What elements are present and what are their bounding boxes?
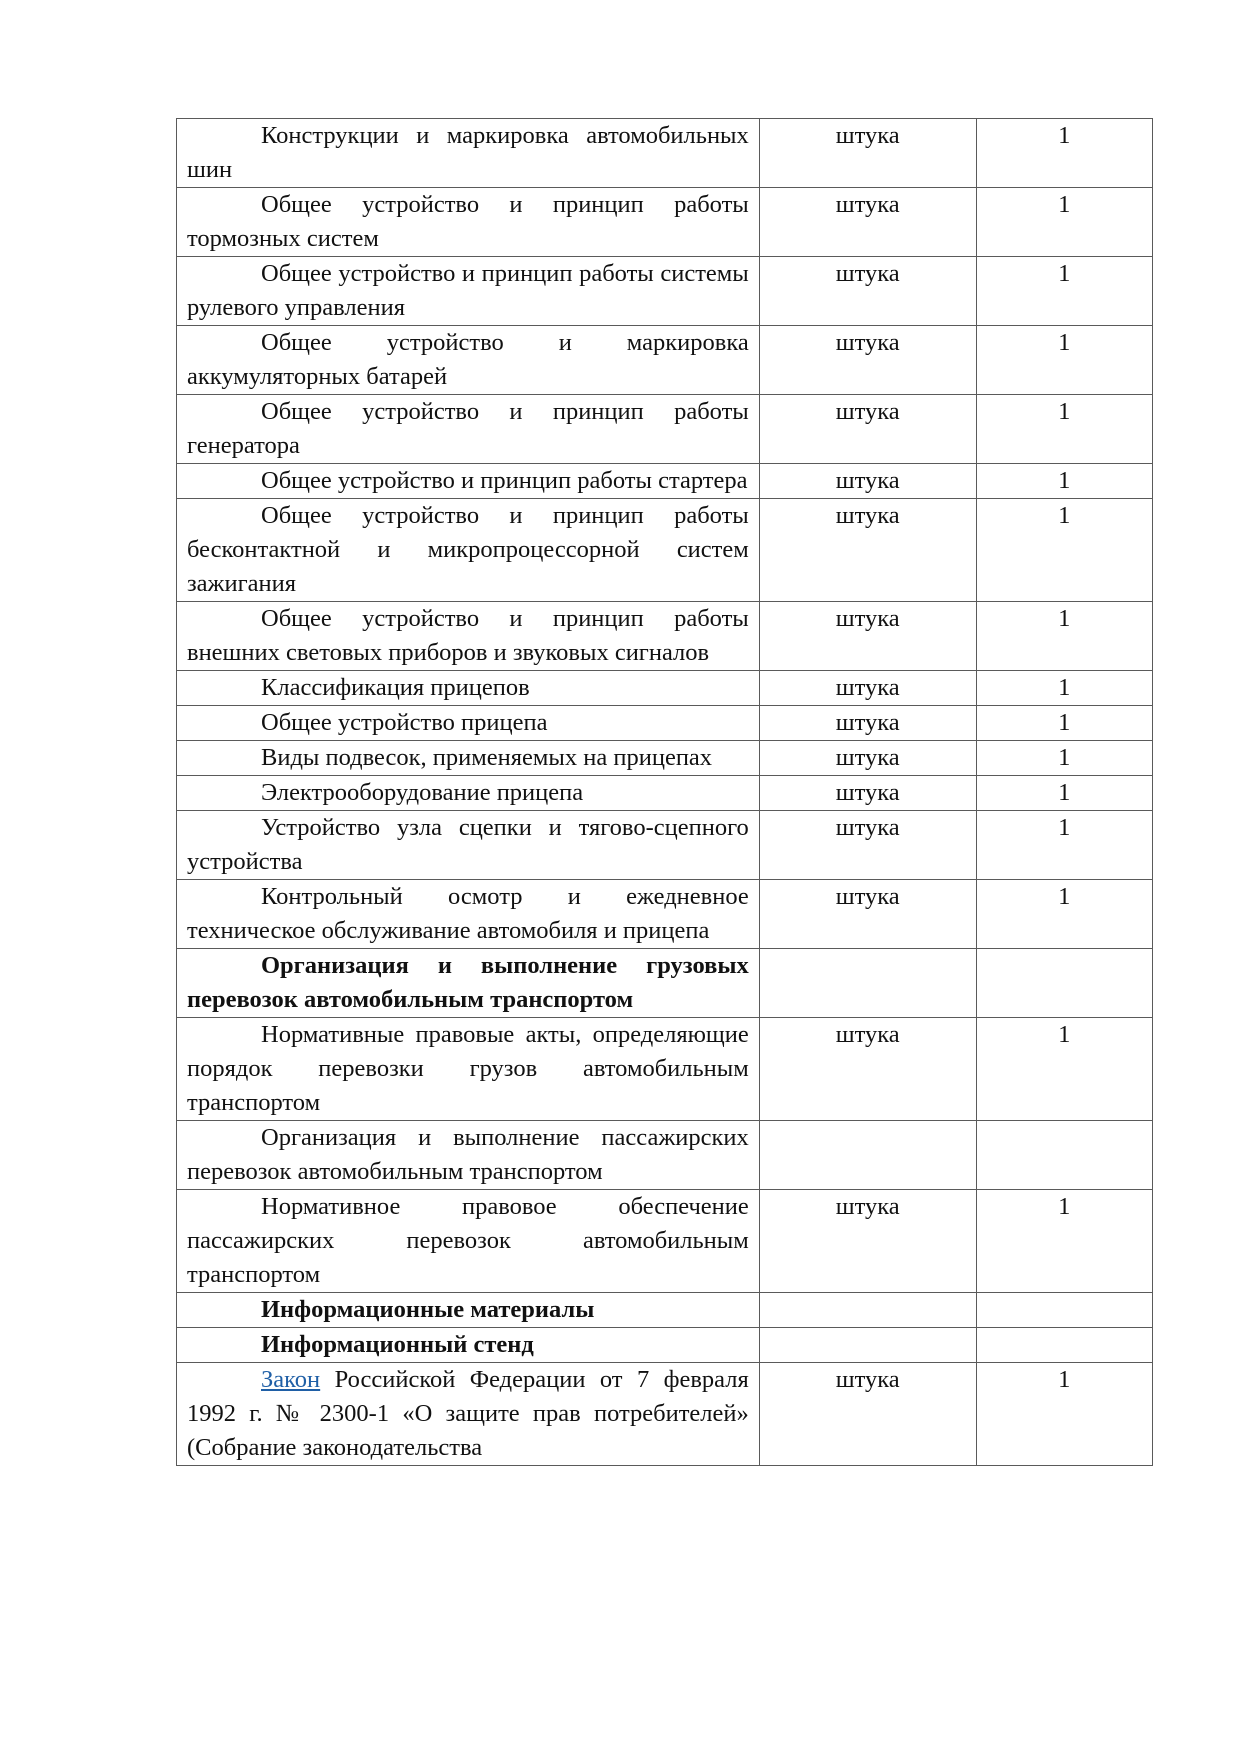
item-name-cell: Общее устройство и принцип работы бескон… — [177, 499, 760, 602]
item-name-cell: Общее устройство и принцип работы старте… — [177, 464, 760, 499]
unit-cell: штука — [759, 602, 976, 671]
table-row: Общее устройство и принцип работы систем… — [177, 257, 1153, 326]
item-name-cell: Общее устройство и маркировка аккумулято… — [177, 326, 760, 395]
item-name-cell: Конструкции и маркировка автомобильных ш… — [177, 119, 760, 188]
item-name-cell: Организация и выполнение грузовых перево… — [177, 949, 760, 1018]
quantity-cell — [976, 1293, 1152, 1328]
item-name-cell: Нормативные правовые акты, определяющие … — [177, 1018, 760, 1121]
item-name: Конструкции и маркировка автомобильных ш… — [187, 119, 749, 187]
table-row: Нормативные правовые акты, определяющие … — [177, 1018, 1153, 1121]
table-row: Организация и выполнение пассажирских пе… — [177, 1121, 1153, 1190]
item-name: Общее устройство и принцип работы бескон… — [187, 499, 749, 601]
table-row: Контрольный осмотр и ежедневное техничес… — [177, 880, 1153, 949]
unit-cell: штука — [759, 326, 976, 395]
table-row: Общее устройство и маркировка аккумулято… — [177, 326, 1153, 395]
table-section-row: Информационный стенд — [177, 1328, 1153, 1363]
item-name-cell: Электрооборудование прицепа — [177, 776, 760, 811]
item-name: Общее устройство и принцип работы внешни… — [187, 602, 749, 670]
law-link[interactable]: Закон — [261, 1366, 320, 1393]
item-name: Общее устройство и принцип работы генера… — [187, 395, 749, 463]
table-row: Конструкции и маркировка автомобильных ш… — [177, 119, 1153, 188]
quantity-cell — [976, 1121, 1152, 1190]
item-name: Классификация прицепов — [187, 671, 749, 705]
unit-cell: штука — [759, 464, 976, 499]
unit-cell: штука — [759, 257, 976, 326]
table-row: Общее устройство и принцип работы старте… — [177, 464, 1153, 499]
quantity-cell: 1 — [976, 776, 1152, 811]
unit-cell: штука — [759, 671, 976, 706]
item-name: Общее устройство и маркировка аккумулято… — [187, 326, 749, 394]
quantity-cell: 1 — [976, 1018, 1152, 1121]
section-title: Организация и выполнение грузовых перево… — [187, 949, 749, 1017]
table-row: Виды подвесок, применяемых на прицепахшт… — [177, 741, 1153, 776]
item-name-cell: Виды подвесок, применяемых на прицепах — [177, 741, 760, 776]
item-name: Устройство узла сцепки и тягово-сцепного… — [187, 811, 749, 879]
unit-cell: штука — [759, 706, 976, 741]
item-name: Электрооборудование прицепа — [187, 776, 749, 810]
item-name: Нормативное правовое обеспечение пассажи… — [187, 1190, 749, 1292]
table-row: Общее устройство и принцип работы бескон… — [177, 499, 1153, 602]
unit-cell: штука — [759, 1018, 976, 1121]
item-name: Общее устройство прицепа — [187, 706, 749, 740]
item-name-cell: Нормативное правовое обеспечение пассажи… — [177, 1190, 760, 1293]
item-name: Общее устройство и принцип работы систем… — [187, 257, 749, 325]
item-name-cell: Общее устройство и принцип работы внешни… — [177, 602, 760, 671]
table-row: Общее устройство прицепаштука1 — [177, 706, 1153, 741]
table-row: Классификация прицеповштука1 — [177, 671, 1153, 706]
item-name: Виды подвесок, применяемых на прицепах — [187, 741, 749, 775]
item-name-cell: Общее устройство и принцип работы систем… — [177, 257, 760, 326]
quantity-cell — [976, 949, 1152, 1018]
document-page: Конструкции и маркировка автомобильных ш… — [0, 0, 1241, 1755]
quantity-cell: 1 — [976, 602, 1152, 671]
unit-cell: штука — [759, 811, 976, 880]
quantity-cell: 1 — [976, 1363, 1152, 1466]
item-name: Контрольный осмотр и ежедневное техничес… — [187, 880, 749, 948]
item-name: Нормативные правовые акты, определяющие … — [187, 1018, 749, 1120]
unit-cell: штука — [759, 741, 976, 776]
table-row: Устройство узла сцепки и тягово-сцепного… — [177, 811, 1153, 880]
unit-cell — [759, 1328, 976, 1363]
quantity-cell: 1 — [976, 395, 1152, 464]
quantity-cell: 1 — [976, 706, 1152, 741]
item-name-cell: Устройство узла сцепки и тягово-сцепного… — [177, 811, 760, 880]
unit-cell: штука — [759, 1363, 976, 1466]
item-name: Общее устройство и принцип работы тормоз… — [187, 188, 749, 256]
table-row: Общее устройство и принцип работы тормоз… — [177, 188, 1153, 257]
item-name-cell: Классификация прицепов — [177, 671, 760, 706]
quantity-cell — [976, 1328, 1152, 1363]
item-name: Организация и выполнение пассажирских пе… — [187, 1121, 749, 1189]
item-name: Закон Российской Федерации от 7 февраля … — [187, 1363, 749, 1465]
quantity-cell: 1 — [976, 741, 1152, 776]
quantity-cell: 1 — [976, 880, 1152, 949]
unit-cell: штука — [759, 395, 976, 464]
quantity-cell: 1 — [976, 499, 1152, 602]
unit-cell — [759, 1121, 976, 1190]
table-row: Электрооборудование прицепаштука1 — [177, 776, 1153, 811]
unit-cell — [759, 949, 976, 1018]
unit-cell: штука — [759, 1190, 976, 1293]
quantity-cell: 1 — [976, 119, 1152, 188]
quantity-cell: 1 — [976, 257, 1152, 326]
item-name-cell: Информационный стенд — [177, 1328, 760, 1363]
table-section-row: Информационные материалы — [177, 1293, 1153, 1328]
equipment-table: Конструкции и маркировка автомобильных ш… — [176, 118, 1153, 1466]
unit-cell — [759, 1293, 976, 1328]
item-name: Общее устройство и принцип работы старте… — [187, 464, 749, 498]
quantity-cell: 1 — [976, 671, 1152, 706]
equipment-table-body: Конструкции и маркировка автомобильных ш… — [177, 119, 1153, 1466]
unit-cell: штука — [759, 119, 976, 188]
unit-cell: штука — [759, 499, 976, 602]
quantity-cell: 1 — [976, 188, 1152, 257]
quantity-cell: 1 — [976, 1190, 1152, 1293]
item-name-cell: Контрольный осмотр и ежедневное техничес… — [177, 880, 760, 949]
quantity-cell: 1 — [976, 811, 1152, 880]
table-row: Нормативное правовое обеспечение пассажи… — [177, 1190, 1153, 1293]
table-row: Общее устройство и принцип работы генера… — [177, 395, 1153, 464]
item-name-cell: Общее устройство прицепа — [177, 706, 760, 741]
unit-cell: штука — [759, 880, 976, 949]
item-name-cell: Общее устройство и принцип работы генера… — [177, 395, 760, 464]
unit-cell: штука — [759, 776, 976, 811]
section-title: Информационные материалы — [187, 1293, 749, 1327]
table-row: Общее устройство и принцип работы внешни… — [177, 602, 1153, 671]
quantity-cell: 1 — [976, 464, 1152, 499]
table-row-law: Закон Российской Федерации от 7 февраля … — [177, 1363, 1153, 1466]
unit-cell: штука — [759, 188, 976, 257]
table-section-row: Организация и выполнение грузовых перево… — [177, 949, 1153, 1018]
item-name-cell: Организация и выполнение пассажирских пе… — [177, 1121, 760, 1190]
item-name-cell: Информационные материалы — [177, 1293, 760, 1328]
item-name-cell: Закон Российской Федерации от 7 февраля … — [177, 1363, 760, 1466]
item-name-cell: Общее устройство и принцип работы тормоз… — [177, 188, 760, 257]
quantity-cell: 1 — [976, 326, 1152, 395]
section-title: Информационный стенд — [187, 1328, 749, 1362]
